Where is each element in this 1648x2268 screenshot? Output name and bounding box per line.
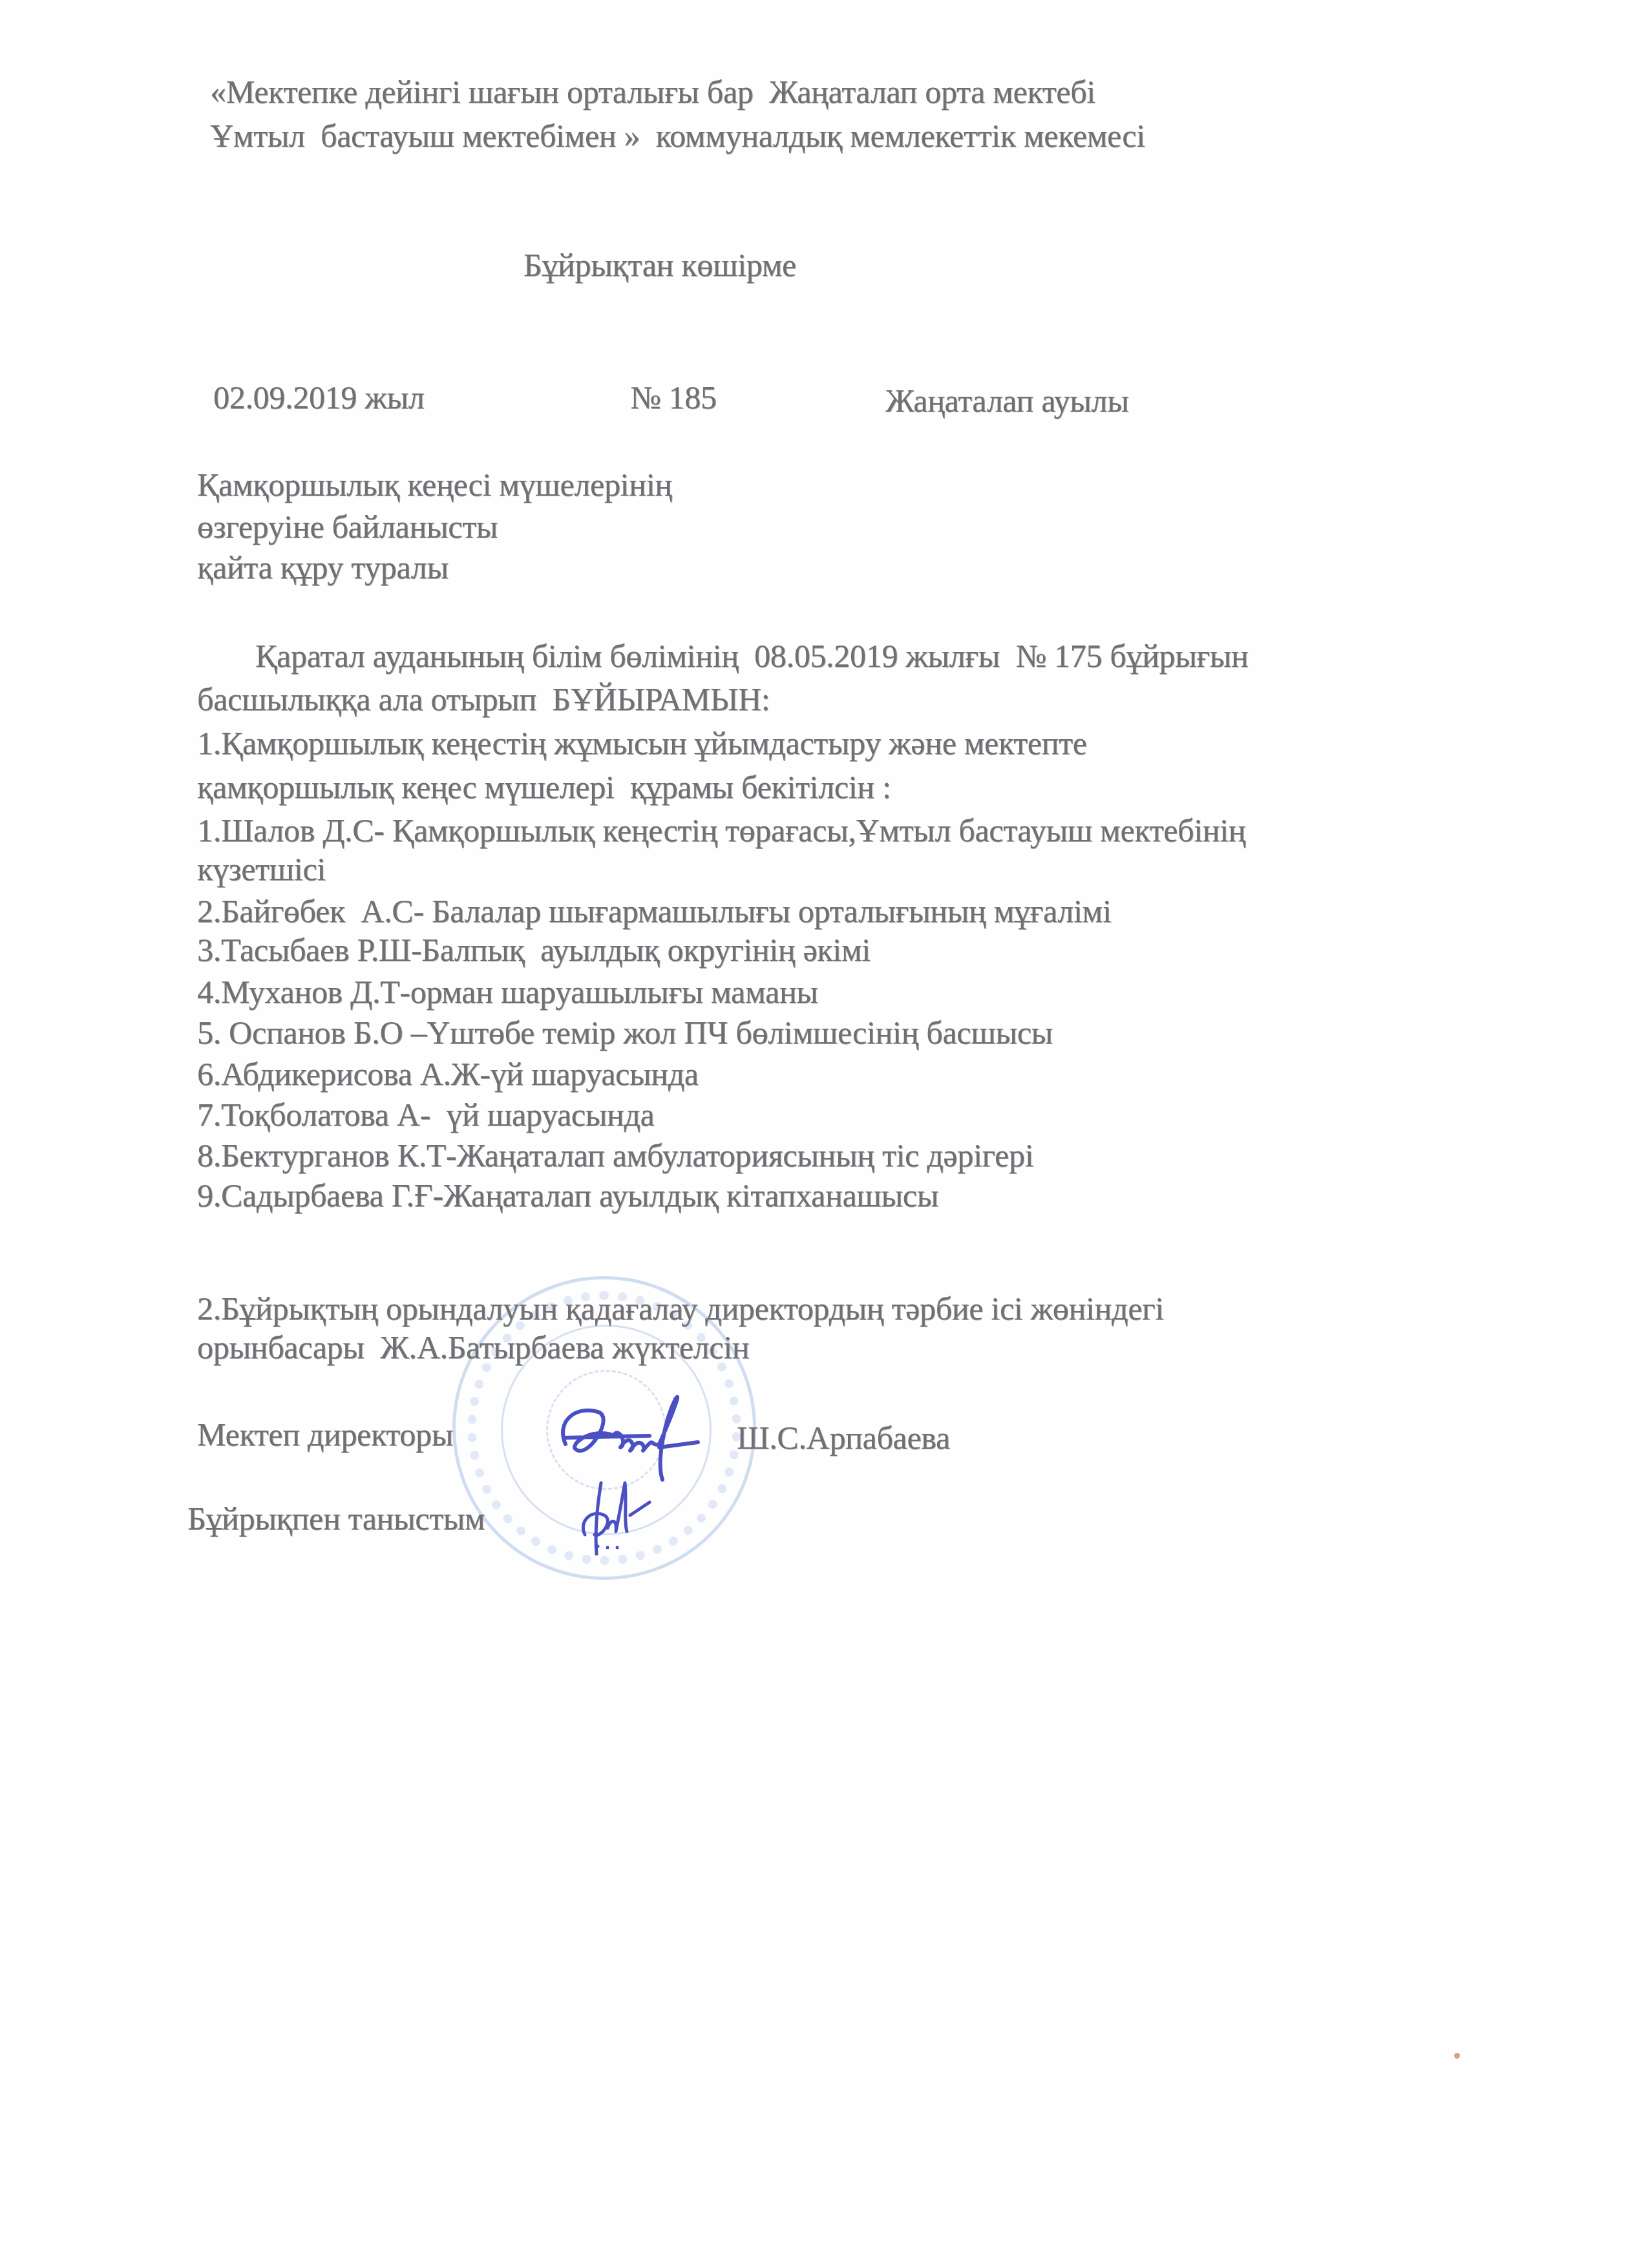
member-item-4: 4.Муханов Д.Т-орман шаруашылығы маманы (197, 972, 818, 1011)
clause-1-line-1: 1.Қамқоршылық кеңестің жұмысын ұйымдасты… (197, 724, 1087, 762)
clause-2-line-2: орынбасары Ж.А.Батырбаева жүктелсін (197, 1328, 749, 1367)
member-item-1-cont: күзетшісі (197, 850, 326, 888)
director-name: Ш.С.Арпабаева (737, 1418, 950, 1457)
order-place: Жаңаталап ауылы (885, 381, 1129, 420)
clause-1-line-2: қамқоршылық кеңес мүшелері құрамы бекіті… (197, 768, 891, 806)
preamble-line-2: басшылыққа ала отырып БҰЙЫРАМЫН: (197, 680, 770, 719)
member-item-6: 6.Абдикерисова А.Ж-үй шаруасында (197, 1055, 699, 1093)
subject-line-1: Қамқоршылық кеңесі мүшелерінің (197, 465, 672, 504)
member-item-2: 2.Байгөбек А.С- Балалар шығармашылығы ор… (197, 892, 1112, 930)
org-name-line-2: Ұмтыл бастауыш мектебімен » коммуналдық … (210, 116, 1145, 155)
order-number: № 185 (630, 378, 717, 417)
member-item-3: 3.Тасыбаев Р.Ш-Балпық ауылдық округінің … (197, 930, 871, 969)
order-date: 02.09.2019 жыл (213, 378, 424, 417)
member-item-1: 1.Шалов Д.С- Қамқоршылық кеңестің төраға… (197, 811, 1245, 850)
org-name-line-1: «Мектепке дейінгі шағын орталығы бар Жаң… (210, 72, 1095, 111)
member-item-5: 5. Оспанов Б.О –Үштөбе темір жол ПЧ бөлі… (197, 1013, 1053, 1052)
document-title: Бұйрықтан көшірме (523, 246, 796, 284)
acknowledged-label: Бұйрықпен таныстым (187, 1499, 485, 1538)
acknowledgement-signature (572, 1470, 656, 1560)
clause-2-line-1: 2.Бұйрықтың орындалуын қадағалау директо… (197, 1289, 1164, 1328)
preamble-line-1: Қаратал ауданының білім бөлімінің 08.05.… (255, 636, 1249, 675)
member-item-7: 7.Тоқболатова А- үй шаруасында (197, 1095, 655, 1134)
subject-line-2: өзгеруіне байланысты (197, 507, 498, 546)
member-item-8: 8.Бектурганов К.Т-Жаңаталап амбулаторияс… (197, 1136, 1033, 1175)
document-page: «Мектепке дейінгі шағын орталығы бар Жаң… (0, 0, 1648, 2268)
director-label: Мектеп директоры (197, 1415, 453, 1454)
subject-line-3: қайта құру туралы (197, 548, 449, 587)
member-item-9: 9.Садырбаева Г.Ғ-Жаңаталап ауылдық кітап… (197, 1176, 938, 1215)
scan-artifact (1454, 2053, 1460, 2059)
